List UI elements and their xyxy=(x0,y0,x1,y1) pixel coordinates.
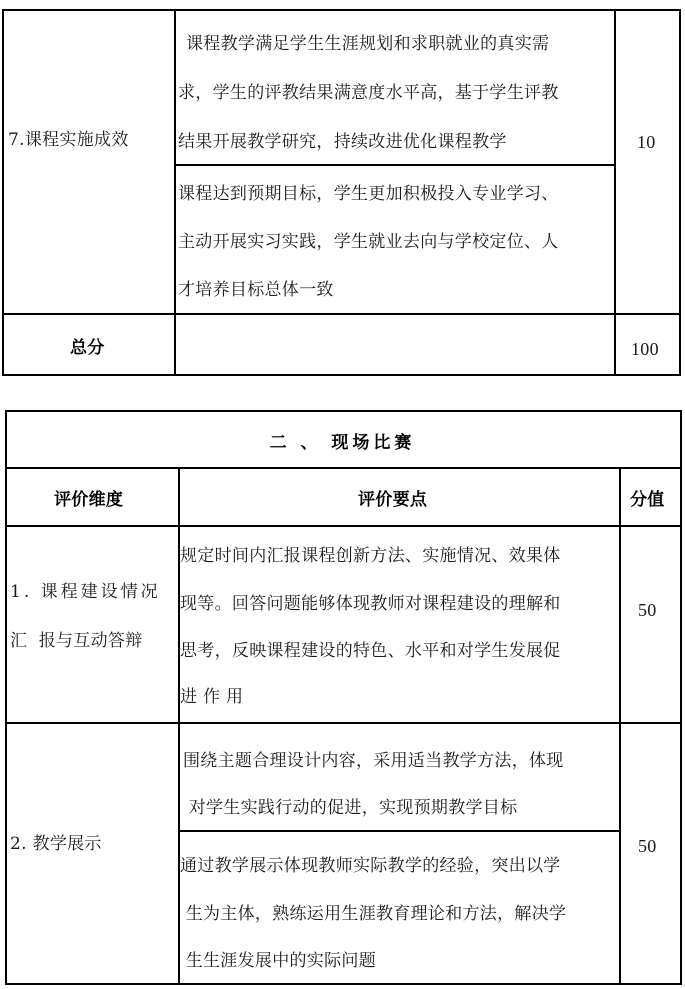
section-title: 二 、 现场比赛 xyxy=(0,419,685,468)
score-cell: 50 xyxy=(638,822,657,871)
total-score: 100 xyxy=(631,325,659,374)
table1-top-border xyxy=(2,9,681,11)
header-points: 评价要点 xyxy=(358,476,427,525)
header-dimension: 评价维度 xyxy=(54,476,123,525)
table2-top-border xyxy=(5,410,682,412)
header-score: 分值 xyxy=(630,476,665,525)
table1-left-border xyxy=(2,9,4,376)
table2-col-divider xyxy=(619,467,621,985)
point-line: 生生涯发展中的实际问题 xyxy=(180,937,376,986)
table2-header-divider xyxy=(5,525,682,527)
table2-row-divider xyxy=(5,722,682,724)
point-line: 课程教学满足学生生涯规划和求职就业的真实需 xyxy=(186,20,549,69)
point-line: 课程达到预期目标，学生更加积极投入专业学习、 xyxy=(178,170,559,219)
point-line: 规定时间内汇报课程创新方法、实施情况、效果体 xyxy=(180,532,561,581)
point-line: 通过教学展示体现教师实际教学的经验，突出以学 xyxy=(180,842,561,891)
dimension-cell: 2. 教学展示 xyxy=(10,820,102,869)
table1-col-divider xyxy=(174,9,176,376)
total-label: 总分 xyxy=(70,324,105,373)
point-line: 围绕主题合理设计内容，采用适当教学方法，体现 xyxy=(183,737,564,786)
point-line: 思考，反映课程建设的特色、水平和对学生发展促 xyxy=(180,627,561,676)
point-line: 结果开展教学研究，持续改进优化课程教学 xyxy=(178,118,507,167)
table1-right-border xyxy=(679,9,681,376)
point-line: 主动开展实习实践，学生就业去向与学校定位、人 xyxy=(178,218,559,267)
score-cell: 10 xyxy=(637,118,656,167)
dimension-cell: 汇 报与互动答辩 xyxy=(10,617,143,666)
table1-row-divider xyxy=(2,313,681,315)
table1-col-divider xyxy=(614,9,616,376)
point-line: 对学生实践行动的促进，实现预期教学目标 xyxy=(183,784,517,833)
point-line: 现等。回答问题能够体现教师对课程建设的理解和 xyxy=(180,580,561,629)
table2-right-border xyxy=(680,410,682,985)
table2-left-border xyxy=(5,410,7,985)
point-line: 才培养目标总体一致 xyxy=(178,266,334,315)
point-line: 求，学生的评教结果满意度水平高，基于学生评教 xyxy=(178,69,559,118)
score-cell: 50 xyxy=(638,586,657,635)
point-line: 进 作 用 xyxy=(180,673,243,722)
dimension-cell: 1. 课程建设情况 xyxy=(10,568,161,617)
dimension-cell: 7.课程实施成效 xyxy=(8,116,129,165)
point-line: 生为主体，熟练运用生涯教育理论和方法，解决学 xyxy=(180,890,566,939)
table1-bottom-border xyxy=(2,374,681,376)
